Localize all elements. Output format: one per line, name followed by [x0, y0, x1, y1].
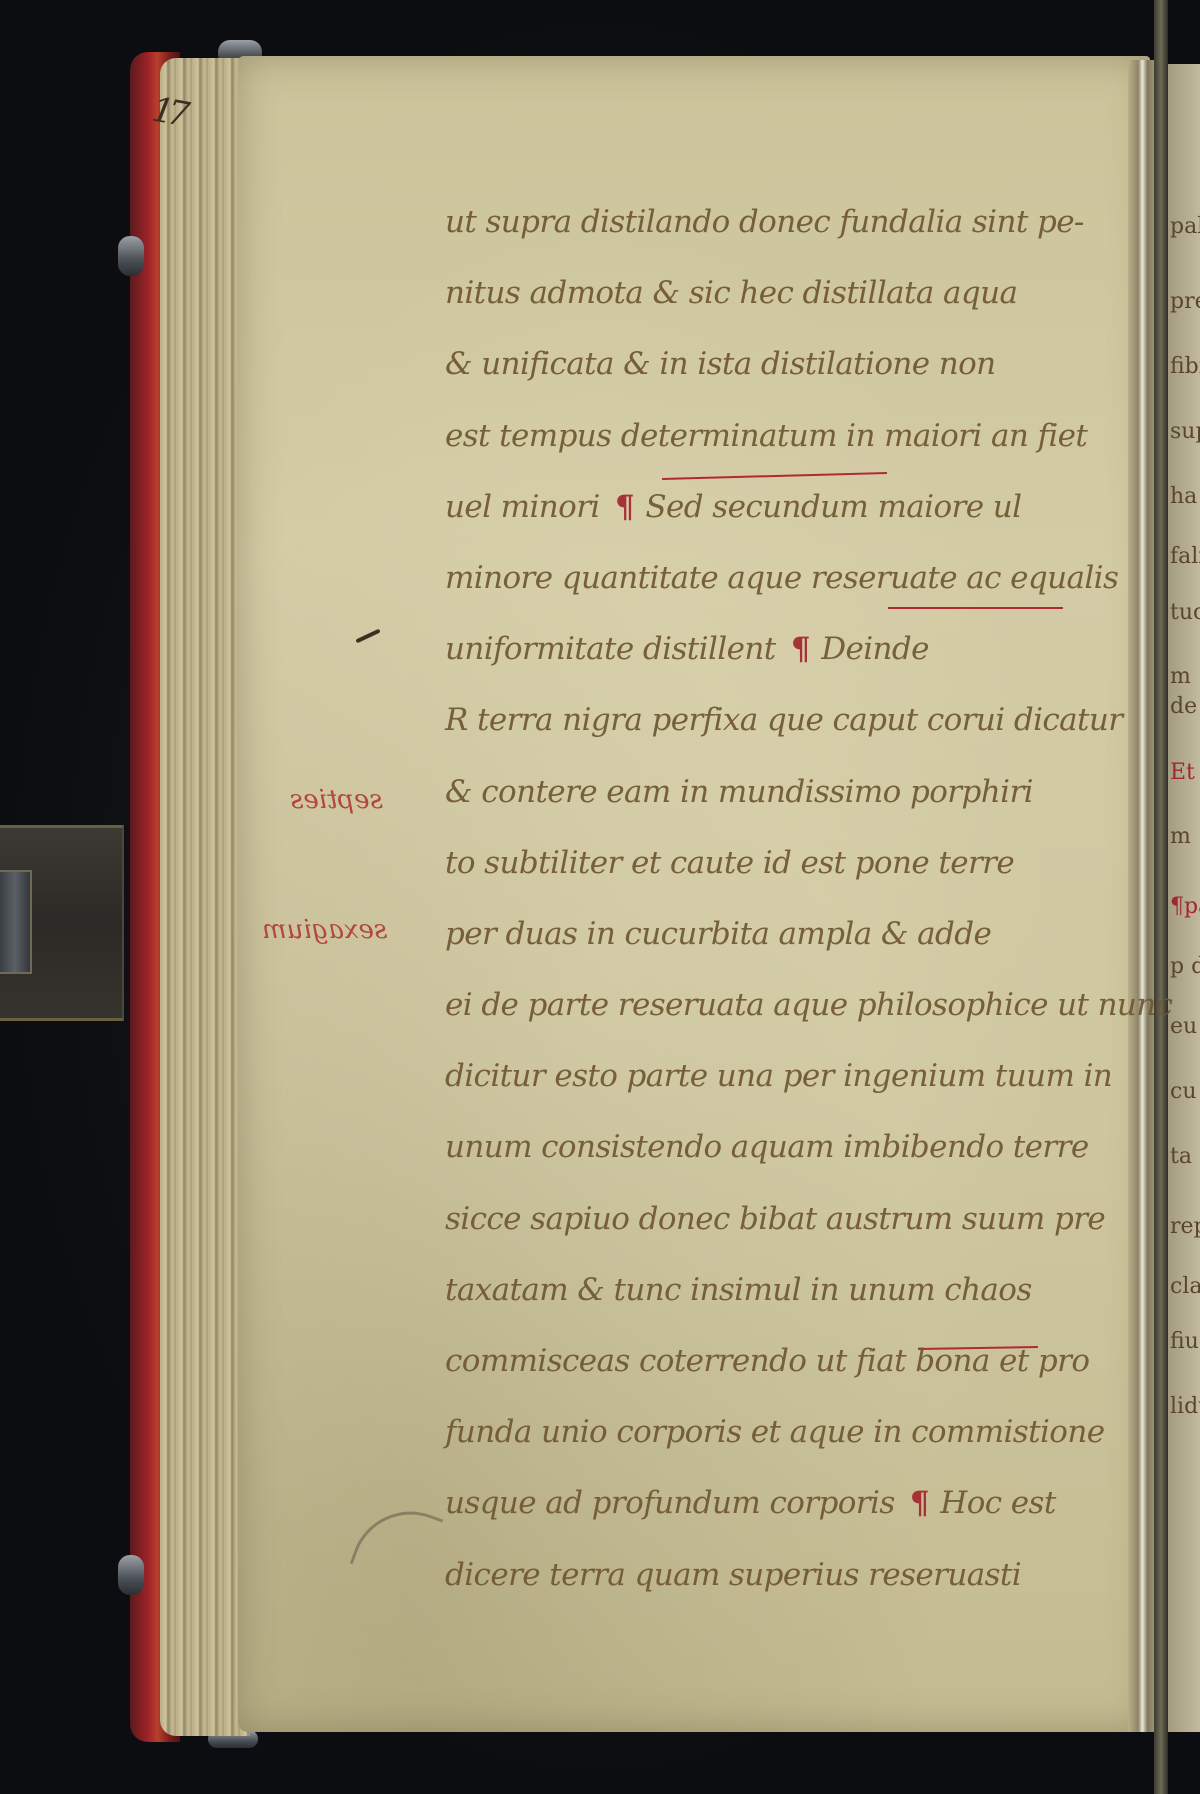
marginal-note-red: septies [290, 785, 383, 815]
facing-fragment: m [1170, 664, 1191, 689]
text-line: usque ad profundum corporis ¶ Hoc est [445, 1477, 1085, 1548]
page-block-edges [160, 58, 250, 1736]
text-line: dicitur esto parte una per ingenium tuum… [445, 1050, 1085, 1121]
text-line: commisceas coterrendo ut fiat bona et pr… [445, 1335, 1085, 1406]
facing-fragment: p d [1170, 954, 1200, 979]
facing-fragment: Et [1170, 760, 1195, 785]
text-line: to subtiliter et caute id est pone terre [445, 837, 1085, 908]
text-line: unum consistendo aquam imbibendo terre [445, 1121, 1085, 1192]
marginal-note-red: sexagium [262, 915, 387, 945]
text-line: taxatam & tunc insimul in unum chaos [445, 1264, 1085, 1335]
text-line: minore quantitate aque reseruate ac equa… [445, 552, 1085, 623]
facing-fragment: pred [1170, 289, 1200, 314]
facing-fragment: sup [1170, 419, 1200, 444]
text-line: uniformitate distillent ¶ Deinde [445, 623, 1085, 694]
facing-fragment: ha [1170, 484, 1197, 509]
text-line: est tempus determinatum in maiori an fie… [445, 410, 1085, 481]
text-line: ut supra distilando donec fundalia sint … [445, 196, 1085, 267]
rubric-paragraph-mark: ¶ [910, 1485, 929, 1521]
gutter-fold [1128, 60, 1154, 1732]
main-text-block: ut supra distilando donec fundalia sint … [445, 196, 1085, 1620]
text-line: dicere terra quam superius reseruasti [445, 1549, 1085, 1620]
text-line: sicce sapiuo donec bibat austrum suum pr… [445, 1193, 1085, 1264]
gutter-shadow [1154, 0, 1168, 1794]
text-line: ei de parte reseruata aque philosophice … [445, 979, 1085, 1050]
text-line: uel minori ¶ Sed secundum maiore ul [445, 481, 1085, 552]
metal-boss-left-lower [118, 1555, 144, 1595]
rubric-paragraph-mark: ¶ [791, 631, 810, 667]
facing-fragment: rep [1170, 1214, 1200, 1239]
text-line: R terra nigra perfixa que caput corui di… [445, 694, 1085, 765]
facing-fragment: fali [1170, 544, 1200, 569]
facing-fragment: ¶pa [1170, 894, 1200, 919]
facing-fragment: lidu [1170, 1394, 1200, 1419]
text-line: & contere eam in mundissimo porphiri [445, 766, 1085, 837]
facing-fragment: de p [1170, 694, 1200, 719]
facing-fragment: fiu [1170, 1329, 1199, 1354]
facing-fragment: palu [1170, 214, 1200, 239]
text-line: nitus admota & sic hec distillata aqua [445, 267, 1085, 338]
text-line: per duas in cucurbita ampla & adde [445, 908, 1085, 979]
facing-fragment: cla [1170, 1274, 1200, 1299]
facing-fragment: m [1170, 824, 1191, 849]
rubric-paragraph-mark: ¶ [615, 489, 634, 525]
metal-clasp [0, 870, 32, 974]
facing-fragment: tuo [1170, 600, 1200, 625]
facing-fragment: eu [1170, 1014, 1197, 1039]
text-line: & unificata & in ista distilatione non [445, 338, 1085, 409]
facing-fragment: fibi [1170, 354, 1200, 379]
facing-page-edge: palu pred fibi sup ha fali tuo m de p Et… [1168, 64, 1200, 1732]
metal-boss-left-upper [118, 236, 144, 276]
text-line: funda unio corporis et aque in commistio… [445, 1406, 1085, 1477]
facing-fragment: cu [1170, 1079, 1197, 1104]
facing-fragment: ta [1170, 1144, 1192, 1169]
